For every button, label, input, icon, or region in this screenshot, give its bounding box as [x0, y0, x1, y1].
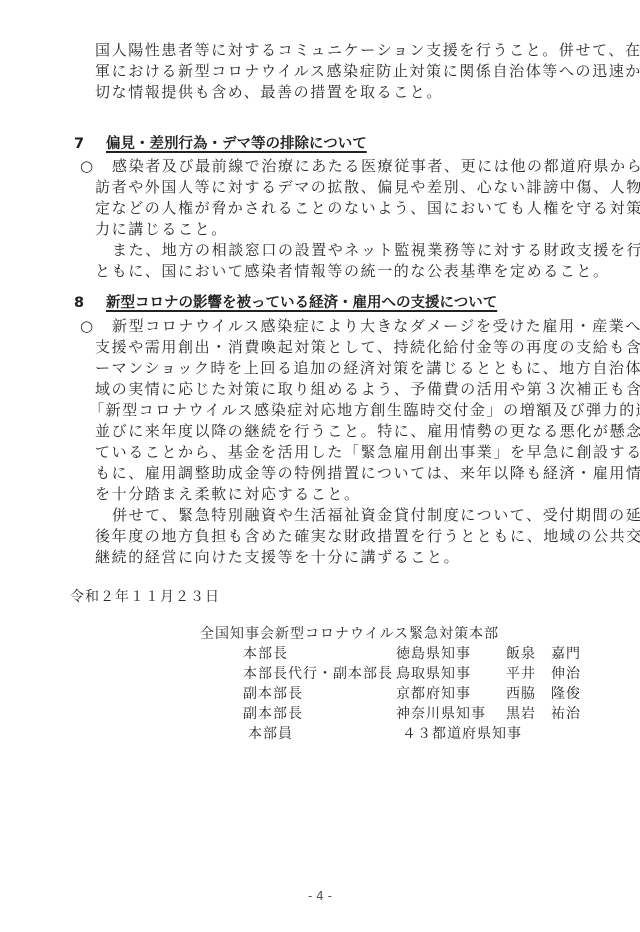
member-post: 徳島県知事	[396, 644, 471, 664]
member-name: 西脇 隆俊	[506, 684, 581, 704]
member-post: 京都府知事	[396, 684, 471, 704]
member-name: 平井 伸治	[506, 664, 581, 684]
document-page: 国人陽性患者等に対するコミュニケーション支援を行うこと。併せて、在日米 軍におけ…	[0, 0, 640, 932]
bullet-circle-icon: ○	[80, 156, 93, 177]
section-7-line: 訪者や外国人等に対するデマの拡散、偏見や差別、心ない誹謗中傷、人物の特	[95, 177, 640, 198]
section-7-line: 力に講じること。	[95, 219, 228, 240]
section-8-line: 「新型コロナウイルス感染症対応地方創生臨時交付金」の増額及び弾力的運用	[89, 400, 640, 421]
section-number: 7	[74, 134, 106, 154]
section-7-line: 定などの人権が脅かされることのないよう、国においても人権を守る対策を強	[95, 198, 640, 219]
section-title: 偏見・差別行為・デマ等の排除について	[106, 136, 367, 152]
section-7-line: ともに、国において感染者情報等の統一的な公表基準を定めること。	[95, 261, 610, 282]
section-8-line: 並びに来年度以降の継続を行うこと。特に、雇用情勢の更なる悪化が懸念され	[95, 421, 640, 442]
member-post: ４３都道府県知事	[402, 724, 522, 744]
section-7-line: また、地方の相談窓口の設置やネット監視業務等に対する財政支援を行うと	[112, 240, 640, 261]
bullet-circle-icon: ○	[80, 316, 93, 337]
section-7-line: 感染者及び最前線で治療にあたる医療従事者、更には他の都道府県からの来	[112, 156, 640, 177]
document-date: 令和２年１１月２３日	[70, 587, 220, 608]
section-number: 8	[74, 293, 106, 313]
section-8-line: 併せて、緊急特別融資や生活福祉資金貸付制度について、受付期間の延長や	[112, 505, 640, 526]
section-7-heading: 7偏見・差別行為・デマ等の排除について	[74, 134, 367, 154]
section-title: 新型コロナの影響を被っている経済・雇用への支援について	[106, 295, 497, 311]
member-role: 本部長	[243, 644, 288, 664]
intro-line: 軍における新型コロナウイルス感染症防止対策に関係自治体等への迅速かつ適	[95, 61, 640, 82]
intro-line: 国人陽性患者等に対するコミュニケーション支援を行うこと。併せて、在日米	[95, 40, 640, 61]
member-role: 本部長代行・副本部長	[243, 664, 393, 684]
member-role: 副本部長	[243, 684, 303, 704]
section-8-line: 支援や需用創出・消費喚起対策として、持続化給付金等の再度の支給も含めリ	[95, 337, 640, 358]
page-number: - 4 -	[0, 889, 640, 903]
intro-line: 切な情報提供も含め、最善の措置を取ること。	[95, 82, 443, 103]
section-8-line: 新型コロナウイルス感染症により大きなダメージを受けた雇用・産業への	[112, 316, 640, 337]
section-8-heading: 8新型コロナの影響を被っている経済・雇用への支援について	[74, 293, 497, 313]
section-8-line: 継続的経営に向けた支援等を十分に講ずること。	[95, 547, 460, 568]
member-name: 飯泉 嘉門	[506, 644, 581, 664]
member-name: 黒岩 祐治	[506, 704, 581, 724]
section-8-line: 後年度の地方負担も含めた確実な財政措置を行うとともに、地域の公共交通の	[95, 526, 640, 547]
section-8-line: ていることから、基金を活用した「緊急雇用創出事業」を早急に創設するとと	[95, 442, 640, 463]
section-8-line: 域の実情に応じた対策に取り組めるよう、予備費の活用や第３次補正も含め	[95, 379, 640, 400]
member-post: 鳥取県知事	[396, 664, 471, 684]
section-8-line: もに、雇用調整助成金等の特例措置については、来年以降も経済・雇用情勢等	[95, 463, 640, 484]
member-post: 神奈川県知事	[396, 704, 486, 724]
member-role: 本部員	[248, 724, 293, 744]
section-8-line: ーマンショック時を上回る追加の経済対策を講じるとともに、地方自治体が地	[95, 358, 640, 379]
signature-organization: 全国知事会新型コロナウイルス緊急対策本部	[200, 624, 499, 644]
section-8-line: を十分踏まえ柔軟に対応すること。	[95, 484, 361, 505]
member-role: 副本部長	[243, 704, 303, 724]
